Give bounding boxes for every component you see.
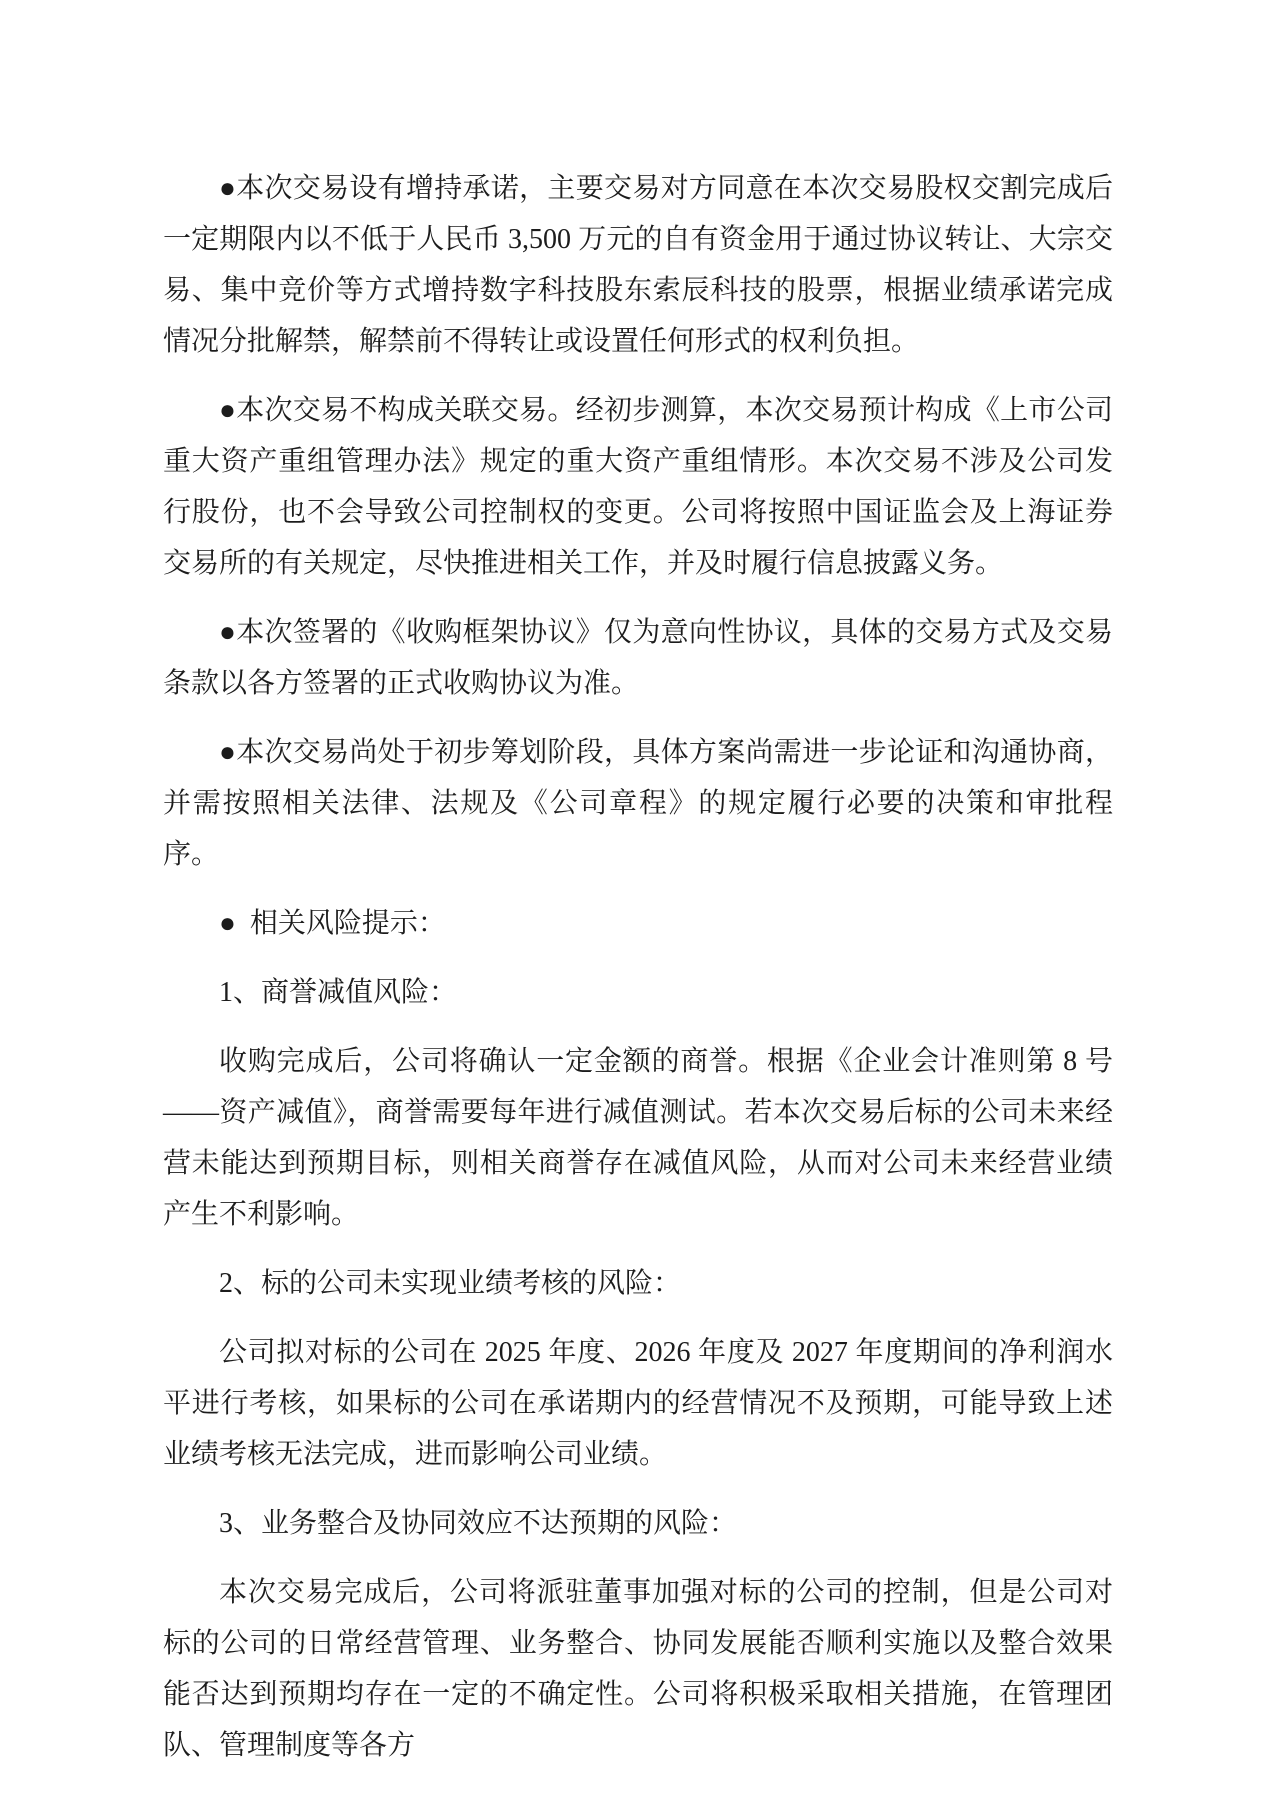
paragraph: ● 相关风险提示： — [163, 898, 1113, 949]
bullet-icon: ● — [219, 617, 236, 648]
bullet-icon: ● — [219, 173, 236, 204]
paragraph-text: 相关风险提示： — [250, 908, 446, 939]
paragraph-text: 本次交易设有增持承诺，主要交易对方同意在本次交易股权交割完成后一定期限内以不低于… — [163, 173, 1113, 357]
paragraph-text: 收购完成后，公司将确认一定金额的商誉。根据《企业会计准则第 8 号——资产减值》… — [163, 1046, 1113, 1230]
paragraph-text: 3、业务整合及协同效应不达预期的风险： — [219, 1508, 737, 1539]
paragraph-text: 本次签署的《收购框架协议》仅为意向性协议，具体的交易方式及交易条款以各方签署的正… — [163, 617, 1113, 699]
paragraph: ●本次签署的《收购框架协议》仅为意向性协议，具体的交易方式及交易条款以各方签署的… — [163, 607, 1113, 709]
paragraph: 3、业务整合及协同效应不达预期的风险： — [163, 1498, 1113, 1549]
paragraph: 收购完成后，公司将确认一定金额的商誉。根据《企业会计准则第 8 号——资产减值》… — [163, 1036, 1113, 1240]
paragraph-text: 本次交易尚处于初步筹划阶段，具体方案尚需进一步论证和沟通协商，并需按照相关法律、… — [163, 737, 1113, 870]
paragraph-text: 本次交易完成后，公司将派驻董事加强对标的公司的控制，但是公司对标的公司的日常经营… — [163, 1577, 1113, 1761]
paragraph: 本次交易完成后，公司将派驻董事加强对标的公司的控制，但是公司对标的公司的日常经营… — [163, 1567, 1113, 1771]
document-page: ●本次交易设有增持承诺，主要交易对方同意在本次交易股权交割完成后一定期限内以不低… — [0, 0, 1280, 1809]
bullet-icon: ● — [219, 737, 236, 768]
paragraph-text: 1、商誉减值风险： — [219, 977, 457, 1008]
paragraph-text: 本次交易不构成关联交易。经初步测算，本次交易预计构成《上市公司重大资产重组管理办… — [163, 395, 1113, 579]
paragraph-text: 公司拟对标的公司在 2025 年度、2026 年度及 2027 年度期间的净利润… — [163, 1337, 1113, 1470]
bullet-icon: ● — [219, 908, 250, 939]
paragraph: ●本次交易尚处于初步筹划阶段，具体方案尚需进一步论证和沟通协商，并需按照相关法律… — [163, 727, 1113, 880]
paragraph: ●本次交易设有增持承诺，主要交易对方同意在本次交易股权交割完成后一定期限内以不低… — [163, 163, 1113, 367]
paragraph: 1、商誉减值风险： — [163, 967, 1113, 1018]
paragraph: 2、标的公司未实现业绩考核的风险： — [163, 1258, 1113, 1309]
document-body: ●本次交易设有增持承诺，主要交易对方同意在本次交易股权交割完成后一定期限内以不低… — [0, 0, 1280, 1771]
paragraph-text: 2、标的公司未实现业绩考核的风险： — [219, 1268, 681, 1299]
bullet-icon: ● — [219, 395, 236, 426]
paragraph: ●本次交易不构成关联交易。经初步测算，本次交易预计构成《上市公司重大资产重组管理… — [163, 385, 1113, 589]
paragraph: 公司拟对标的公司在 2025 年度、2026 年度及 2027 年度期间的净利润… — [163, 1327, 1113, 1480]
